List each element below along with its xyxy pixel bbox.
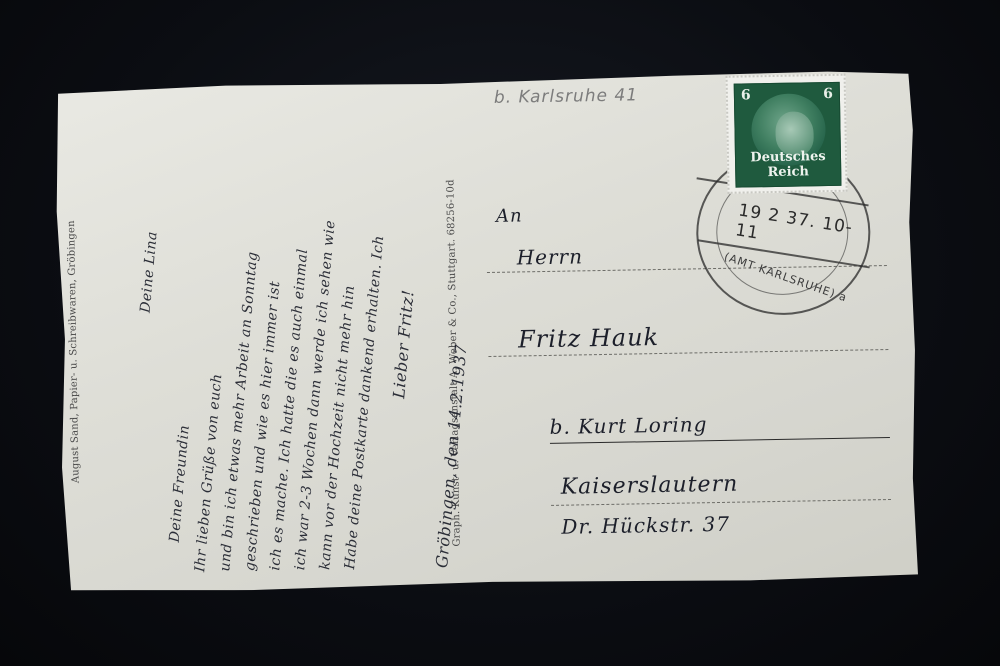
stamp-text: Deutsches Reich xyxy=(736,149,841,181)
address-care-of: b. Kurt Loring xyxy=(549,412,707,439)
address-city: Kaiserslautern xyxy=(561,472,739,500)
message-greeting: Lieber Fritz! xyxy=(389,289,417,400)
address-name: Fritz Hauk xyxy=(518,323,659,353)
stamp-design: 6 6 Deutsches Reich xyxy=(734,82,842,188)
stamp-value-left: 6 xyxy=(741,87,751,103)
message-closing: Deine Lina xyxy=(138,231,161,314)
address-salutation: An xyxy=(496,205,523,226)
postage-stamp: 6 6 Deutsches Reich xyxy=(726,74,848,194)
publisher-imprint-left: August Sand, Papier- u. Schreibwaren, Gr… xyxy=(66,220,82,483)
address-line xyxy=(551,499,891,506)
handwritten-message: Gröbingen, den 14.2.1937 Lieber Fritz! H… xyxy=(94,98,402,573)
address-street: Dr. Hückstr. 37 xyxy=(561,512,730,539)
message-line: Deine Freundin xyxy=(167,424,193,543)
postcard: August Sand, Papier- u. Schreibwaren, Gr… xyxy=(54,69,923,596)
address-title: Herrn xyxy=(516,244,583,269)
stamp-value-right: 6 xyxy=(823,86,833,102)
message-place-date: Gröbingen, den 14.2.1937 xyxy=(432,343,470,568)
pencil-note: b. Karlsruhe 41 xyxy=(494,85,638,108)
